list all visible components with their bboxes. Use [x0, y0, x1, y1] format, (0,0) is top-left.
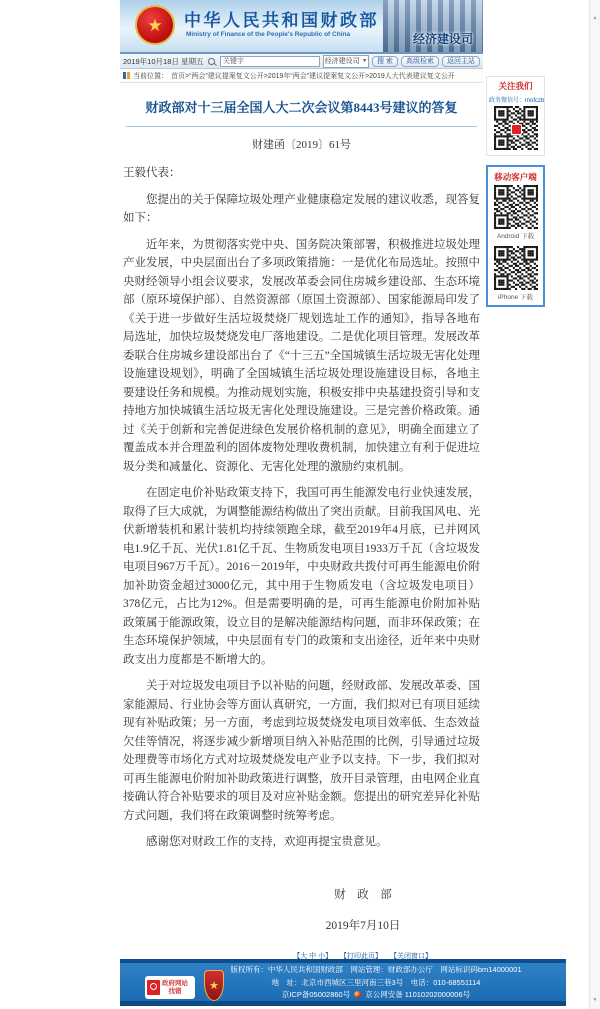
department-select-value: 经济建设司 [325, 56, 360, 66]
breadcrumb: 当前位置： 首页>“两会”建议提案复文公开>2019年“两会”建议提案复文公开>… [120, 69, 483, 83]
iphone-download-label: iPhone 下载 [490, 292, 541, 301]
mobile-app-panel: 移动客户端 Android 下载 iPhone 下载 [486, 165, 545, 307]
site-subtitle: Ministry of Finance of the People's Repu… [186, 31, 350, 38]
wechat-id-label: 政务微信号：mofczb [489, 95, 542, 104]
android-qr-code [494, 185, 538, 229]
location-icon [123, 72, 126, 79]
document-body: 王毅代表： 您提出的关于保障垃圾处理产业健康稳定发展的建议收悉，现答复如下： 近… [123, 164, 480, 852]
advanced-search-button[interactable]: 高级检索 [401, 56, 439, 67]
error-badge-line1: 政府网站 [162, 980, 188, 987]
gov-site-error-badge[interactable]: 政府网站 找错 [145, 976, 195, 999]
document-number: 财建函〔2019〕61号 [123, 136, 480, 152]
mobile-app-title: 移动客户端 [490, 171, 541, 183]
address-line: 地 址：北京市西城区三里河南三巷3号 电话：010-68551114 [272, 977, 481, 988]
paragraph: 关于对垃圾发电项目予以补贴的问题，经财政部、发展改革委、国家能源局、行业协会等方… [123, 677, 480, 825]
follow-us-panel: 关注我们 政务微信号：mofczb [486, 76, 545, 156]
paragraph: 在固定电价补贴政策支持下，我国可再生能源发电行业快速发展，取得了巨大成就，为调整… [123, 484, 480, 669]
site-banner: ★ 中华人民共和国财政部 Ministry of Finance of the … [120, 0, 483, 54]
android-download-label: Android 下载 [490, 231, 541, 240]
date-text: 2019年10月18日 星期五 [123, 56, 203, 67]
page-footer: 政府网站 找错 ★ 版权所有：中华人民共和国财政部 网站管理：财政部办公厅 网站… [120, 959, 566, 1006]
document-area: 财政部对十三届全国人大二次会议第8443号建议的答复 财建函〔2019〕61号 … [120, 83, 483, 967]
registration-line: 京ICP备05002860号 京公网安备 11010202000006号 [282, 989, 470, 1000]
breadcrumb-label: 当前位置： [133, 71, 168, 81]
department-select[interactable]: 经济建设司 ▼ [323, 55, 369, 68]
scroll-down-icon[interactable]: ▼ [590, 997, 600, 1003]
police-number[interactable]: 京公网安备 11010202000006号 [365, 989, 470, 1000]
scrollbar[interactable]: ▲ ▼ [589, 0, 600, 1009]
breadcrumb-path[interactable]: 首页>“两会”建议提案复文公开>2019年“两会”建议提案复文公开>2019人大… [171, 71, 455, 81]
salutation: 王毅代表： [123, 164, 480, 183]
error-badge-line2: 找错 [169, 988, 182, 995]
banner-building-image: 经济建设司 [383, 0, 483, 52]
iphone-qr-code [494, 246, 538, 290]
wechat-qr-code [494, 106, 538, 150]
paragraph: 近年来，为贯彻落实党中央、国务院决策部署，积极推进垃圾处理产业发展，中央层面出台… [123, 236, 480, 477]
title-divider [126, 126, 477, 127]
search-icon [208, 58, 215, 65]
error-flag-icon [147, 980, 160, 995]
paragraph: 您提出的关于保障垃圾处理产业健康稳定发展的建议收悉，现答复如下： [123, 191, 480, 228]
signature-date: 2019年7月10日 [298, 917, 428, 933]
document-title: 财政部对十三届全国人大二次会议第8443号建议的答复 [123, 97, 480, 116]
right-sidebar: 关注我们 政务微信号：mofczb 移动客户端 Android 下载 iPhon… [486, 76, 545, 307]
scroll-up-icon[interactable]: ▲ [590, 15, 600, 21]
follow-us-title: 关注我们 [489, 80, 542, 92]
main-column: ★ 中华人民共和国财政部 Ministry of Finance of the … [120, 0, 483, 967]
search-input[interactable] [220, 56, 320, 67]
national-emblem-icon: ★ [135, 5, 175, 45]
signature-block: 财 政 部 2019年7月10日 [298, 886, 428, 933]
wechat-qr-logo [511, 124, 522, 135]
paragraph: 感谢您对财政工作的支持，欢迎再提宝贵意见。 [123, 833, 480, 852]
department-name: 经济建设司 [413, 30, 473, 47]
copyright-line: 版权所有：中华人民共和国财政部 网站管理：财政部办公厅 网站标识码bm14000… [230, 964, 521, 975]
home-button[interactable]: 返回主站 [442, 56, 480, 67]
police-badge-icon [354, 991, 361, 998]
search-button[interactable]: 搜 索 [372, 56, 398, 67]
search-toolbar: 2019年10月18日 星期五 经济建设司 ▼ 搜 索 高级检索 返回主站 [120, 54, 483, 69]
signature-name: 财 政 部 [298, 886, 428, 902]
site-title: 中华人民共和国财政部 [184, 6, 379, 31]
icp-number[interactable]: 京ICP备05002860号 [282, 989, 350, 1000]
chevron-down-icon: ▼ [362, 58, 367, 64]
